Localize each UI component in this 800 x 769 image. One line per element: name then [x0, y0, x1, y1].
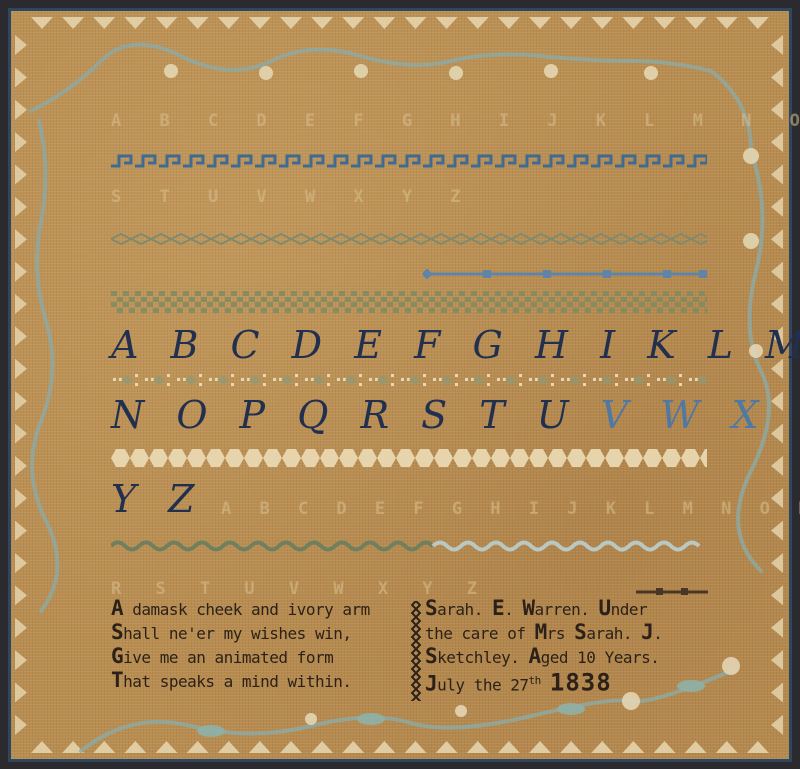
- signature-line-3: Sketchley. Aged 10 Years.: [425, 645, 662, 669]
- greek-key-band: [111, 153, 707, 169]
- faded-alphabet-bottom: R S T U V W X Y Z: [111, 579, 707, 599]
- faded-alphabet-top: A B C D E F G H I J K L M N O P Q R: [111, 111, 707, 131]
- wave-band: [111, 539, 707, 553]
- dotted-flower-band: [111, 373, 707, 387]
- dark-bead-line: [636, 587, 800, 597]
- faded-alphabet-second: S T U V W X Y Z: [111, 187, 707, 207]
- script-letters-a-m: A B C D E F G H I K L M: [111, 323, 800, 367]
- linen-ground: A B C D E F G H I J K L M N O P Q R S T …: [8, 8, 792, 762]
- signature-line-2: the care of Mrs Sarah. J.: [425, 621, 662, 645]
- signature-line-1: Sarah. E. Warren. Under: [425, 597, 662, 621]
- verse-block: A damask cheek and ivory arm Shall ne'er…: [111, 597, 370, 693]
- script-alphabet-row-3: Y Z: [111, 477, 205, 521]
- signature-line-4: July the 27th 1838: [425, 669, 662, 696]
- diamond-chain-band: [111, 233, 707, 245]
- script-letters-v-x-light: V W X: [601, 393, 769, 437]
- script-alphabet-row-2: N O P Q R S T U V W X: [111, 393, 769, 437]
- signature-block: Sarah. E. Warren. Under the care of Mrs …: [425, 597, 662, 696]
- verse-line-4: That speaks a mind within.: [111, 669, 370, 693]
- sampler-frame: A B C D E F G H I J K L M N O P Q R S T …: [0, 0, 800, 769]
- verse-line-3: Give me an animated form: [111, 645, 370, 669]
- cream-lozenge-band: [111, 447, 707, 469]
- year: 1838: [550, 668, 612, 696]
- script-letters-n-u: N O P Q R S T U: [111, 393, 601, 437]
- verse-line-2: Shall ne'er my wishes win,: [111, 621, 370, 645]
- chain-divider: [411, 601, 421, 701]
- faded-alphabet-after-yz: A B C D E F G H I J K L M N O P Q: [221, 499, 707, 519]
- script-alphabet-row-1: A B C D E F G H I K L M: [111, 323, 800, 367]
- checker-band: [111, 291, 707, 313]
- blue-bead-line: [423, 269, 800, 279]
- script-letters-y-z: Y Z: [111, 477, 205, 521]
- verse-line-1: A damask cheek and ivory arm: [111, 597, 370, 621]
